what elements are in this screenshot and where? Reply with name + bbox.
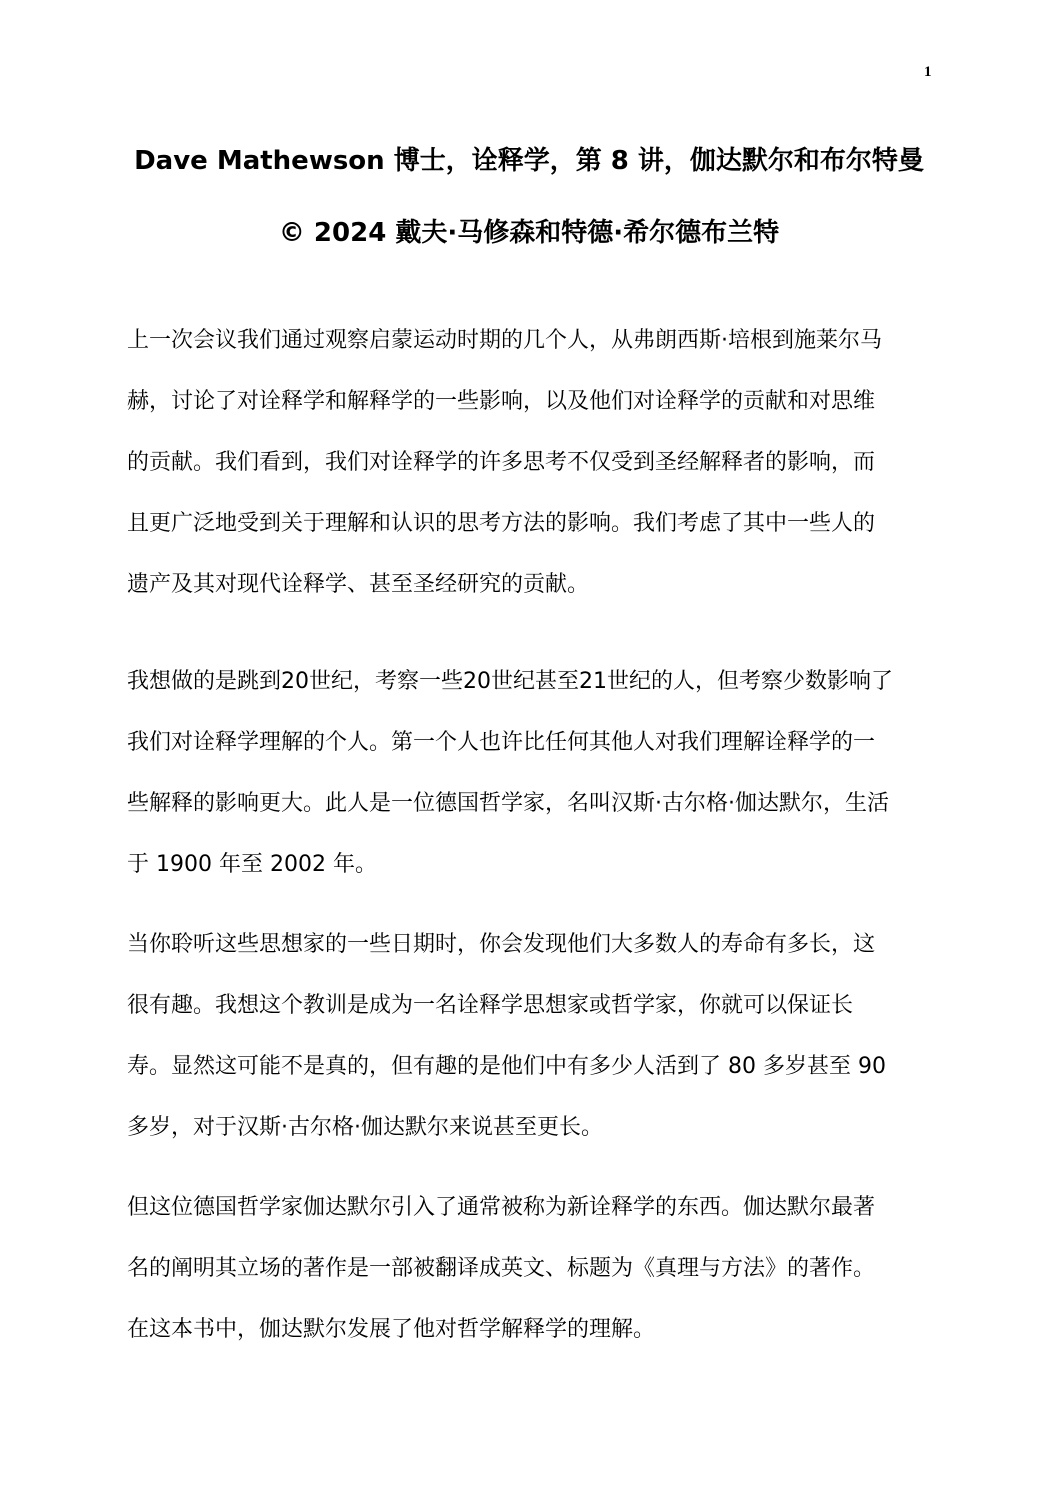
text-line: 名的阐明其立场的著作是一部被翻译成英文、标题为《真理与方法》的著作。 <box>127 1238 927 1299</box>
paragraph-4: 但这位德国哲学家伽达默尔引入了通常被称为新诠释学的东西。伽达默尔最著 名的阐明其… <box>127 1177 927 1360</box>
copyright-line: © 2024 戴夫·马修森和特德·希尔德布兰特 <box>0 212 1058 249</box>
paragraph-1: 上一次会议我们通过观察启蒙运动时期的几个人，从弗朗西斯·培根到施莱尔马 赫，讨论… <box>127 310 927 615</box>
text-line: 于 1900 年至 2002 年。 <box>127 834 927 895</box>
text-line: 且更广泛地受到关于理解和认识的思考方法的影响。我们考虑了其中一些人的 <box>127 493 927 554</box>
text-line: 多岁，对于汉斯·古尔格·伽达默尔来说甚至更长。 <box>127 1097 927 1158</box>
text-line: 但这位德国哲学家伽达默尔引入了通常被称为新诠释学的东西。伽达默尔最著 <box>127 1177 927 1238</box>
text-line: 寿。显然这可能不是真的，但有趣的是他们中有多少人活到了 80 多岁甚至 90 <box>127 1036 927 1097</box>
paragraph-2: 我想做的是跳到20世纪，考察一些20世纪甚至21世纪的人，但考察少数影响了 我们… <box>127 651 927 895</box>
text-line: 的贡献。我们看到，我们对诠释学的许多思考不仅受到圣经解释者的影响，而 <box>127 432 927 493</box>
text-line: 我想做的是跳到20世纪，考察一些20世纪甚至21世纪的人，但考察少数影响了 <box>127 651 927 712</box>
text-line: 赫，讨论了对诠释学和解释学的一些影响，以及他们对诠释学的贡献和对思维 <box>127 371 927 432</box>
text-line: 在这本书中，伽达默尔发展了他对哲学解释学的理解。 <box>127 1299 927 1360</box>
page-number: 1 <box>924 64 932 81</box>
text-line: 上一次会议我们通过观察启蒙运动时期的几个人，从弗朗西斯·培根到施莱尔马 <box>127 310 927 371</box>
paragraph-3: 当你聆听这些思想家的一些日期时，你会发现他们大多数人的寿命有多长，这 很有趣。我… <box>127 914 927 1158</box>
text-line: 我们对诠释学理解的个人。第一个人也许比任何其他人对我们理解诠释学的一 <box>127 712 927 773</box>
text-line: 遗产及其对现代诠释学、甚至圣经研究的贡献。 <box>127 554 927 615</box>
text-line: 些解释的影响更大。此人是一位德国哲学家，名叫汉斯·古尔格·伽达默尔，生活 <box>127 773 927 834</box>
text-line: 当你聆听这些思想家的一些日期时，你会发现他们大多数人的寿命有多长，这 <box>127 914 927 975</box>
document-title: Dave Mathewson 博士，诠释学，第 8 讲，伽达默尔和布尔特曼 <box>0 140 1058 177</box>
text-line: 很有趣。我想这个教训是成为一名诠释学思想家或哲学家，你就可以保证长 <box>127 975 927 1036</box>
